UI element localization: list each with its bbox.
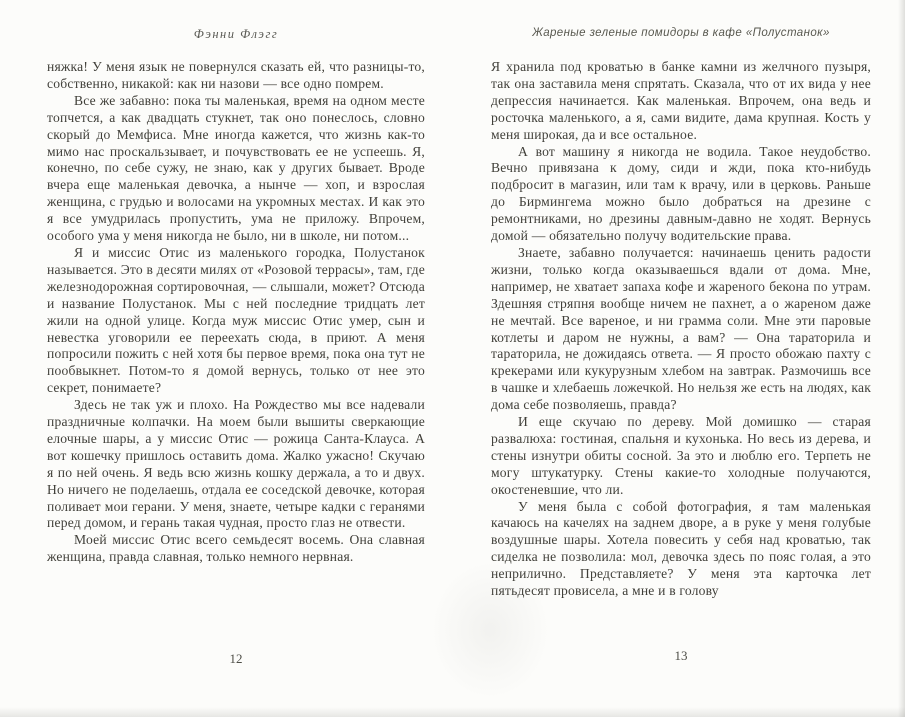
paragraph: А вот машину я никогда не водила. Такое … — [491, 144, 871, 245]
right-page-text: Я хранила под кроватью в банке камни из … — [491, 59, 871, 600]
scan-edge-bottom — [0, 707, 905, 717]
right-page: Жареные зеленые помидоры в кафе «Полуста… — [491, 0, 871, 600]
right-running-head: Жареные зеленые помидоры в кафе «Полуста… — [491, 27, 871, 43]
left-page-text: няжка! У меня язык не повернулся сказать… — [47, 59, 425, 566]
paragraph: Все же забавно: пока ты маленькая, время… — [47, 93, 425, 245]
paragraph: Здесь не так уж и плохо. На Рождество мы… — [47, 397, 425, 532]
scan-edge-right — [898, 0, 905, 717]
scan-gutter-shade — [430, 560, 550, 700]
left-page-number: 12 — [47, 651, 425, 667]
left-running-head: Фэнни Флэгг — [47, 27, 425, 43]
paragraph: И еще скучаю по дереву. Мой домишко — ст… — [491, 414, 871, 499]
book-scan-spread: { "book": { "left_page": { "header": "Фэ… — [0, 0, 905, 717]
paragraph: Я и миссис Отис из маленького городка, П… — [47, 245, 425, 397]
paragraph: Я хранила под кроватью в банке камни из … — [491, 59, 871, 144]
left-page: Фэнни Флэгг няжка! У меня язык не поверн… — [47, 0, 425, 566]
paragraph: Моей миссис Отис всего семьдесят восемь.… — [47, 532, 425, 566]
paragraph: няжка! У меня язык не повернулся сказать… — [47, 59, 425, 93]
paragraph: Знаете, забавно получается: начинаешь це… — [491, 245, 871, 414]
